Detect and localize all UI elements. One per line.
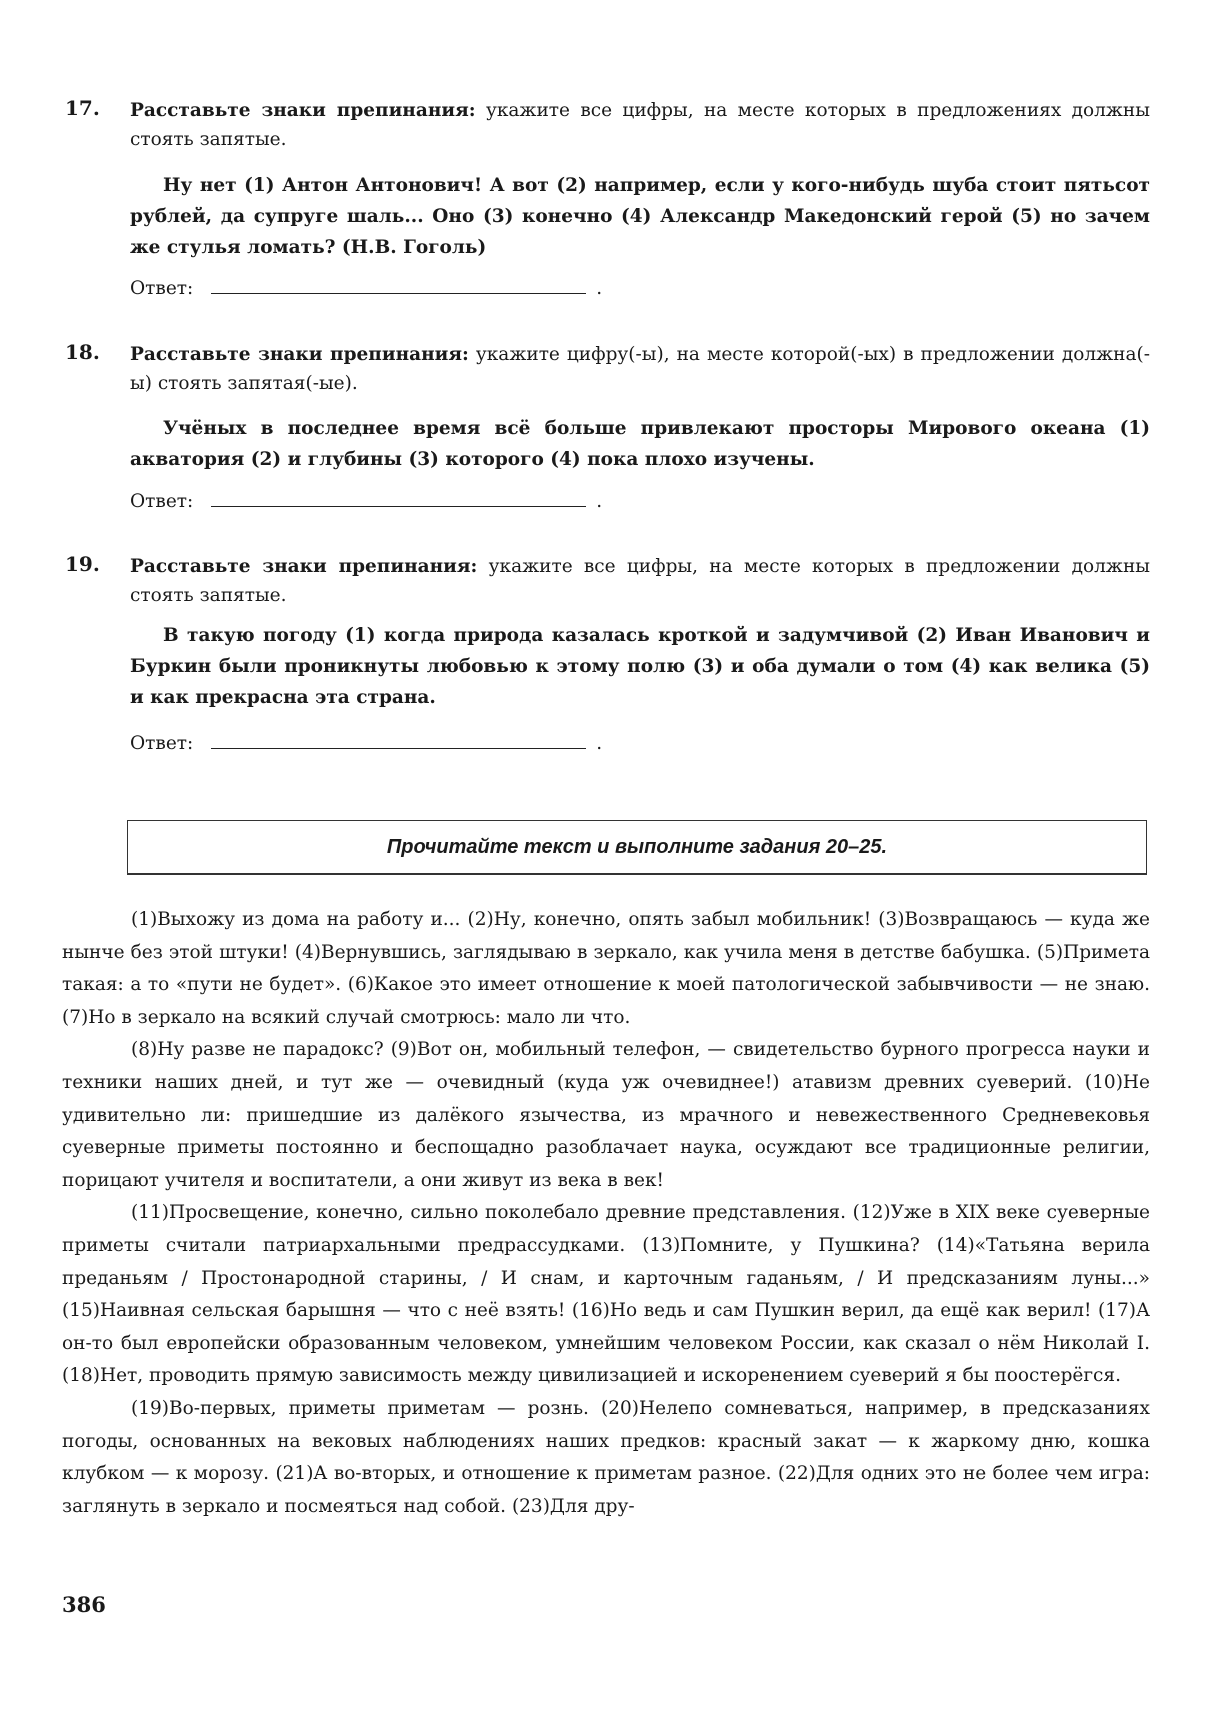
answer-field[interactable] bbox=[211, 488, 586, 507]
task-sentence: В такую погоду (1) когда природа казалас… bbox=[130, 620, 1150, 713]
reading-text: (1)Выхожу из дома на работу и... (2)Ну, … bbox=[62, 904, 1150, 1523]
task-instruction: Расставьте знаки препинания: укажите все… bbox=[130, 96, 1150, 154]
task-number: 18. bbox=[65, 340, 100, 364]
answer-row: Ответ: . bbox=[130, 488, 602, 512]
task-number: 19. bbox=[65, 552, 100, 576]
answer-period: . bbox=[596, 733, 602, 754]
answer-row: Ответ: . bbox=[130, 730, 602, 754]
task-instruction: Расставьте знаки препинания: укажите циф… bbox=[130, 340, 1150, 398]
answer-row: Ответ: . bbox=[130, 275, 602, 299]
answer-label: Ответ: bbox=[130, 733, 193, 754]
instruction-bold: Расставьте знаки препинания: bbox=[130, 556, 477, 577]
answer-field[interactable] bbox=[211, 275, 586, 294]
answer-period: . bbox=[596, 278, 602, 299]
answer-label: Ответ: bbox=[130, 491, 193, 512]
task-sentence: Учёных в последнее время всё больше прив… bbox=[130, 413, 1150, 475]
text-paragraph: (1)Выхожу из дома на работу и... (2)Ну, … bbox=[62, 904, 1150, 1034]
text-paragraph: (19)Во-первых, приметы приметам — рознь.… bbox=[62, 1393, 1150, 1523]
task-instruction: Расставьте знаки препинания: укажите все… bbox=[130, 552, 1150, 610]
text-paragraph: (11)Просвещение, конечно, сильно поколеб… bbox=[62, 1197, 1150, 1393]
answer-field[interactable] bbox=[211, 730, 586, 749]
page-number: 386 bbox=[62, 1592, 106, 1617]
answer-label: Ответ: bbox=[130, 278, 193, 299]
task-number: 17. bbox=[65, 96, 100, 120]
reading-instruction-banner: Прочитайте текст и выполните задания 20–… bbox=[127, 820, 1147, 875]
instruction-bold: Расставьте знаки препинания: bbox=[130, 344, 469, 365]
answer-period: . bbox=[596, 491, 602, 512]
instruction-bold: Расставьте знаки препинания: bbox=[130, 100, 476, 121]
task-sentence: Ну нет (1) Антон Антонович! А вот (2) на… bbox=[130, 170, 1150, 263]
text-paragraph: (8)Ну разве не парадокс? (9)Вот он, моби… bbox=[62, 1034, 1150, 1197]
